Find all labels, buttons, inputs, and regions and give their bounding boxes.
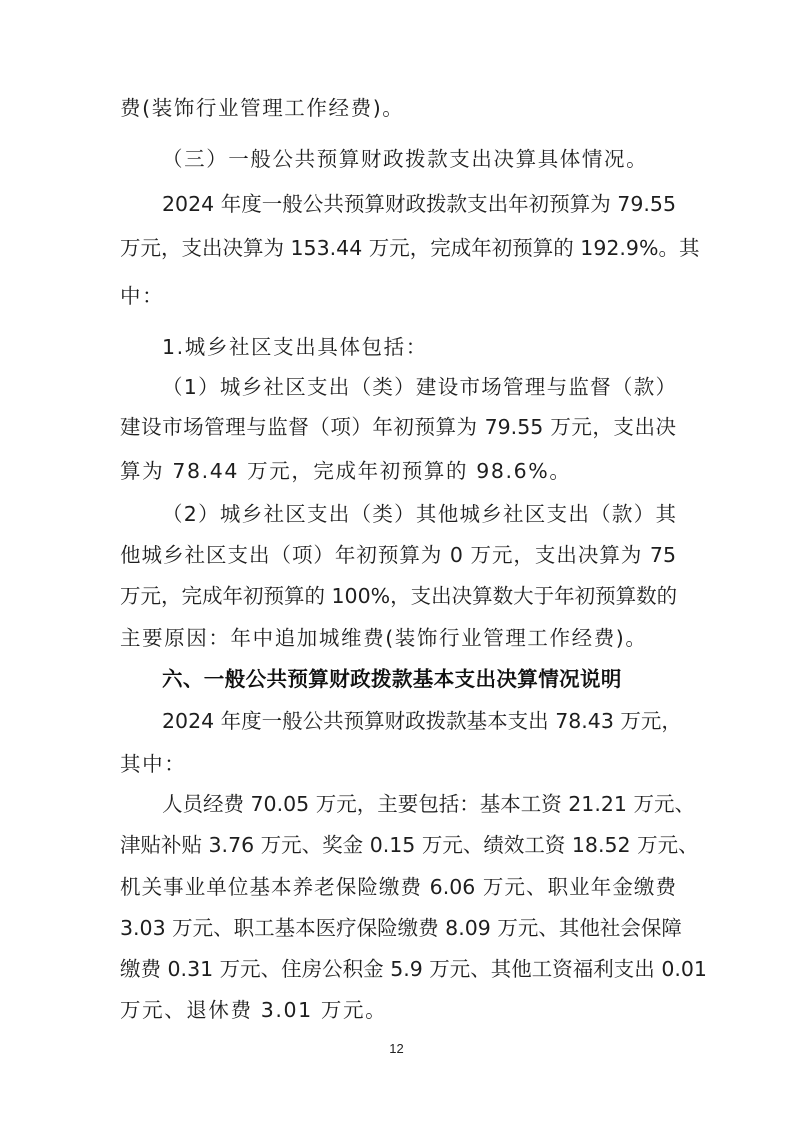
paragraph-line: 其中： xyxy=(120,750,676,778)
paragraph-line: 机关事业单位基本养老保险缴费 6.06 万元、职业年金缴费 xyxy=(120,873,676,901)
list-item-line: 主要原因：年中追加城维费(装饰行业管理工作经费)。 xyxy=(120,624,676,652)
paragraph-line: 中： xyxy=(120,282,676,310)
page-number: 12 xyxy=(0,1041,793,1057)
section-heading-general-budget-detail: （三）一般公共预算财政拨款支出决算具体情况。 xyxy=(162,145,676,173)
list-item-line: 他城乡社区支出（项）年初预算为 0 万元，支出决算为 75 xyxy=(120,541,676,569)
paragraph-line: 2024 年度一般公共预算财政拨款支出年初预算为 79.55 xyxy=(162,190,676,218)
paragraph-line: 2024 年度一般公共预算财政拨款基本支出 78.43 万元， xyxy=(162,707,676,735)
list-item-line: 建设市场管理与监督（项）年初预算为 79.55 万元，支出决 xyxy=(120,413,676,441)
list-heading-urban-rural: 1.城乡社区支出具体包括： xyxy=(162,333,676,361)
paragraph-line: 万元、退休费 3.01 万元。 xyxy=(120,996,676,1024)
paragraph-line: 人员经费 70.05 万元，主要包括：基本工资 21.21 万元、 xyxy=(162,790,676,818)
paragraph-line: 津贴补贴 3.76 万元、奖金 0.15 万元、绩效工资 18.52 万元、 xyxy=(120,831,676,859)
list-item-line: （1）城乡社区支出（类）建设市场管理与监督（款） xyxy=(162,373,676,401)
list-item-line: 万元，完成年初预算的 100%，支出决算数大于年初预算数的 xyxy=(120,582,676,610)
document-page: 费(装饰行业管理工作经费)。 （三）一般公共预算财政拨款支出决算具体情况。 20… xyxy=(0,0,793,1122)
text-line-continuation: 费(装饰行业管理工作经费)。 xyxy=(120,94,676,122)
paragraph-line: 万元，支出决算为 153.44 万元，完成年初预算的 192.9%。其 xyxy=(120,234,676,262)
list-item-line: （2）城乡社区支出（类）其他城乡社区支出（款）其 xyxy=(162,500,676,528)
section-heading-basic-expenditure: 六、一般公共预算财政拨款基本支出决算情况说明 xyxy=(162,665,676,693)
paragraph-line: 3.03 万元、职工基本医疗保险缴费 8.09 万元、其他社会保障 xyxy=(120,914,676,942)
list-item-line: 算为 78.44 万元，完成年初预算的 98.6%。 xyxy=(120,457,676,485)
paragraph-line: 缴费 0.31 万元、住房公积金 5.9 万元、其他工资福利支出 0.01 xyxy=(120,955,676,983)
